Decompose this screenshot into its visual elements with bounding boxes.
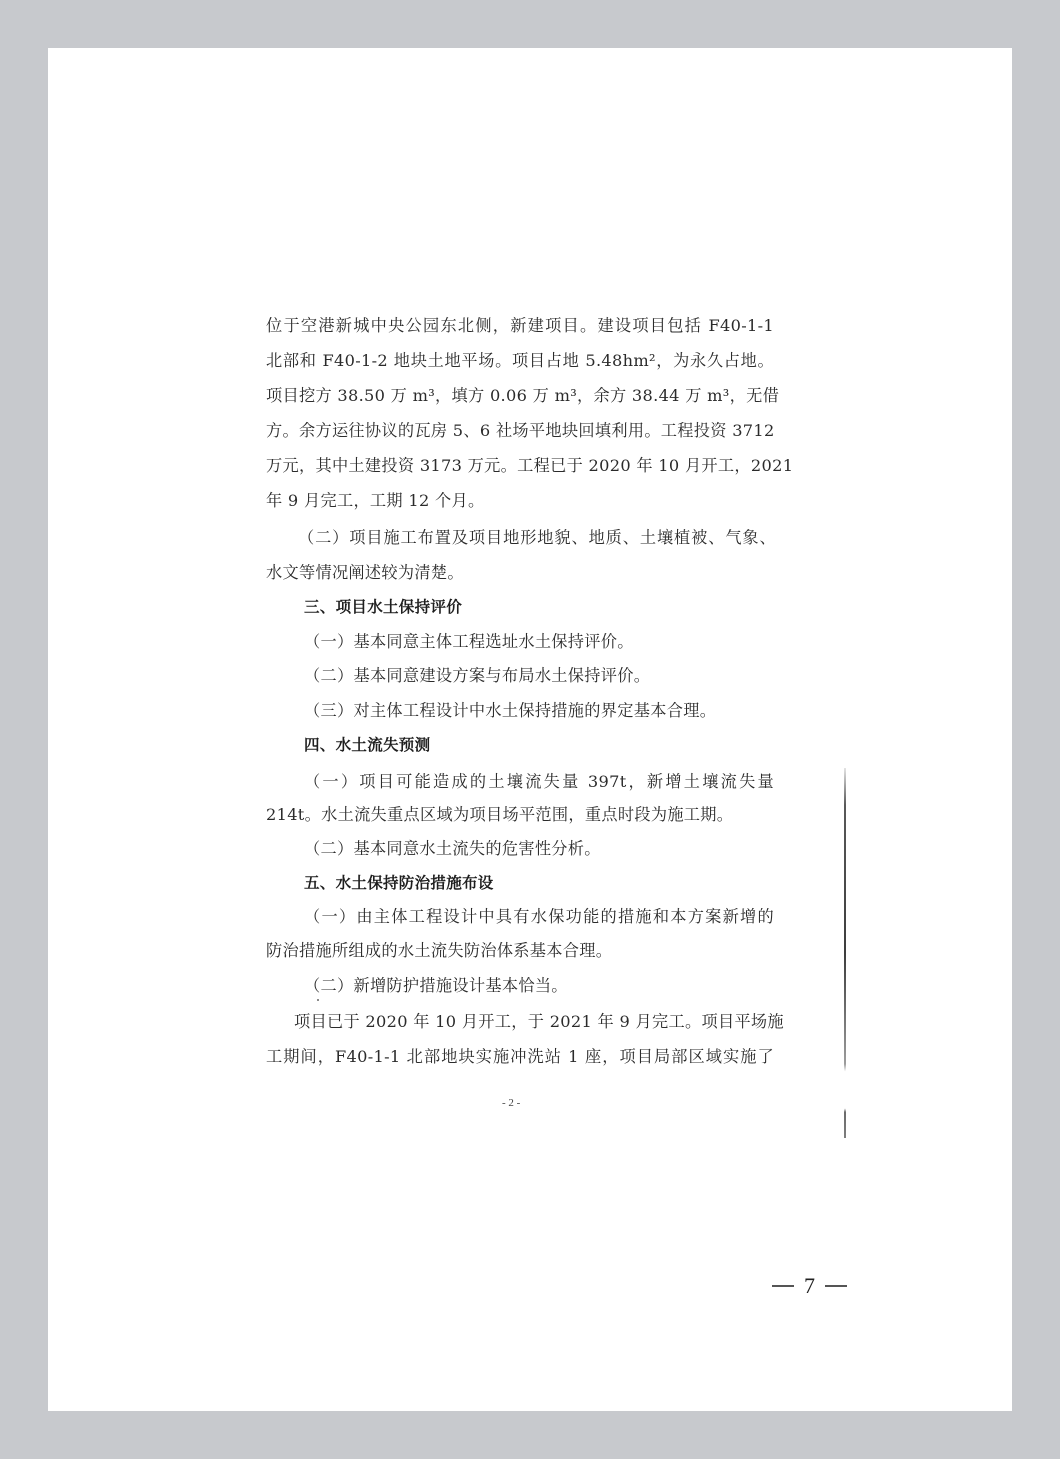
text-line: 方。余方运往协议的瓦房 5、6 社场平地块回填利用。工程投资 3712 bbox=[266, 421, 774, 441]
text-line: 项目挖方 38.50 万 m³，填方 0.06 万 m³，余方 38.44 万 … bbox=[266, 386, 774, 406]
text-line: 工期间，F40-1-1 北部地块实施冲洗站 1 座，项目局部区域实施了 bbox=[266, 1047, 774, 1067]
text-line: （二）基本同意水土流失的危害性分析。 bbox=[304, 839, 601, 859]
text-line: 水文等情况阐述较为清楚。 bbox=[266, 563, 464, 583]
text-line: （一）项目可能造成的土壤流失量 397t，新增土壤流失量 bbox=[304, 772, 774, 792]
text-line: （二）新增防护措施设计基本恰当。 bbox=[304, 976, 568, 996]
page-number: 7 bbox=[772, 1273, 847, 1299]
text-line: （二）基本同意建设方案与布局水土保持评价。 bbox=[304, 666, 650, 686]
text-line: （一）由主体工程设计中具有水保功能的措施和本方案新增的 bbox=[304, 907, 774, 927]
text-line: 年 9 月完工，工期 12 个月。 bbox=[266, 491, 484, 511]
text-line: （一）基本同意主体工程选址水土保持评价。 bbox=[304, 632, 634, 652]
scan-speck bbox=[317, 999, 319, 1001]
text-line: 214t。水土流失重点区域为项目场平范围，重点时段为施工期。 bbox=[266, 805, 733, 825]
section-heading-3: 三、项目水土保持评价 bbox=[304, 597, 462, 617]
dash-left bbox=[772, 1285, 794, 1287]
document-page bbox=[48, 48, 1012, 1411]
text-line: 北部和 F40-1-2 地块土地平场。项目占地 5.48hm²，为永久占地。 bbox=[266, 351, 774, 371]
text-line: 位于空港新城中央公园东北侧，新建项目。建设项目包括 F40-1-1 bbox=[266, 316, 774, 336]
dash-right bbox=[825, 1285, 847, 1287]
section-heading-5: 五、水土保持防治措施布设 bbox=[304, 873, 494, 893]
text-line: （二）项目施工布置及项目地形地貌、地质、土壤植被、气象、 bbox=[298, 528, 776, 548]
page-number-value: 7 bbox=[804, 1273, 815, 1299]
section-heading-4: 四、水土流失预测 bbox=[304, 735, 430, 755]
scan-edge-line bbox=[844, 768, 846, 1138]
text-line: （三）对主体工程设计中水土保持措施的界定基本合理。 bbox=[304, 701, 716, 721]
text-line: 项目已于 2020 年 10 月开工，于 2021 年 9 月完工。项目平场施 bbox=[294, 1012, 774, 1032]
inner-page-number: - 2 - bbox=[502, 1097, 520, 1109]
text-line: 防治措施所组成的水土流失防治体系基本合理。 bbox=[266, 941, 612, 961]
text-line: 万元，其中土建投资 3173 万元。工程已于 2020 年 10 月开工，202… bbox=[266, 456, 774, 476]
